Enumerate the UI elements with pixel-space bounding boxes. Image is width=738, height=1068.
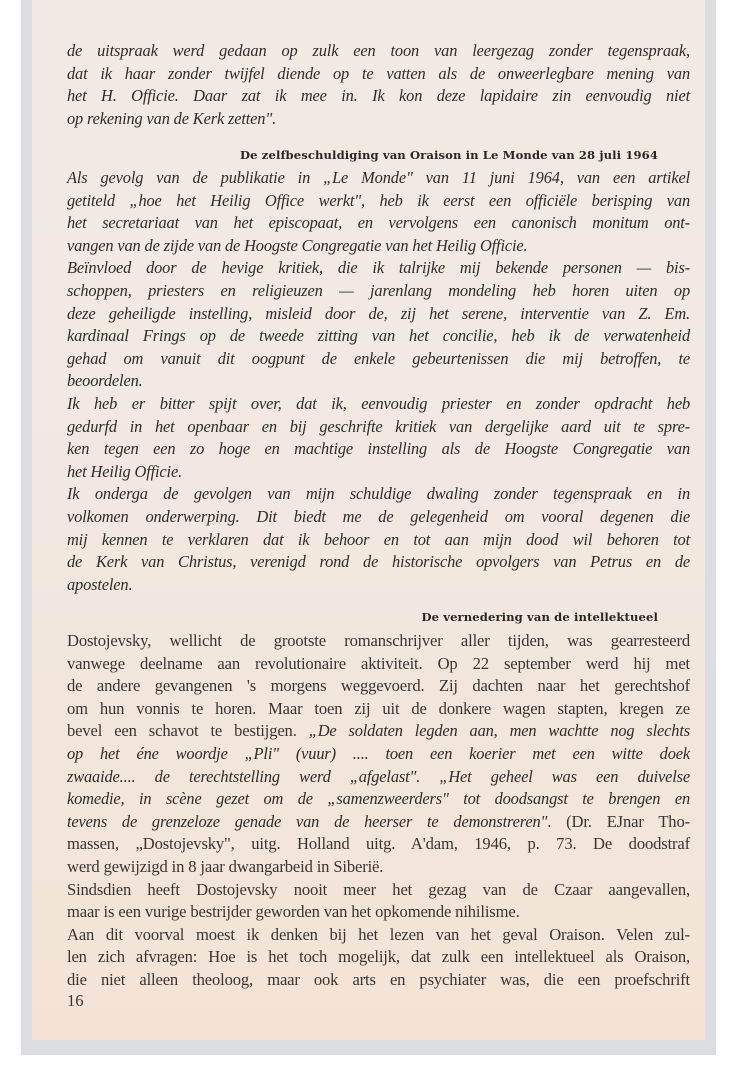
- quote-continuation: de uitspraak werd gedaan op zulk een too…: [67, 40, 690, 130]
- text-segment: die niet alleen theoloog, maar ook arts …: [67, 970, 690, 989]
- text-line: Ik heb er bitter spijt over, dat ik, een…: [67, 393, 690, 416]
- text-line: bevel een schavot te bestijgen. „De sold…: [67, 720, 690, 743]
- text-line: beoordelen.: [67, 370, 690, 393]
- text-line: de Kerk van Christus, verenigd rond de h…: [67, 551, 690, 574]
- text-line: massen, „Dostojevsky", uitg. Holland uit…: [67, 833, 690, 856]
- text-line: schoppen, priesters en religieuzen — jar…: [67, 280, 690, 303]
- text-segment: bevel een schavot te bestijgen.: [67, 721, 309, 740]
- text-segment: vanwege deelname aan revolutionaire akti…: [67, 654, 690, 673]
- oraison-statement: Als gevolg van de publikatie in „Le Mond…: [67, 167, 690, 596]
- book-page: de uitspraak werd gedaan op zulk een too…: [32, 0, 705, 1040]
- text-segment: om hun vonnis te horen. Maar toen zij ui…: [67, 699, 690, 718]
- text-segment: massen, „Dostojevsky", uitg. Holland uit…: [67, 834, 690, 853]
- italic-quote-segment: „De soldaten legden aan, men wachtte nog…: [309, 721, 690, 740]
- text-line: maar is een vurige bestrijder geworden v…: [67, 901, 690, 924]
- text-line: deze geheiligde instelling, misleid door…: [67, 303, 690, 326]
- text-segment: Aan dit voorval moest ik denken bij het …: [67, 925, 690, 944]
- text-line: werd gewijzigd in 8 jaar dwangarbeid in …: [67, 856, 690, 879]
- text-line: ken tegen een zo hoge en machtige instel…: [67, 438, 690, 461]
- text-line: Ik onderga de gevolgen van mijn schuldig…: [67, 483, 690, 506]
- text-line: getiteld „hoe het Heilig Office werkt", …: [67, 190, 690, 213]
- text-segment: . (Dr. EJnar Tho-: [547, 812, 690, 831]
- text-line: het Heilig Officie.: [67, 461, 690, 484]
- text-line: Beïnvloed door de hevige kritiek, die ik…: [67, 257, 690, 280]
- italic-quote-segment: tevens de grenzeloze genade van de heers…: [67, 812, 547, 831]
- text-line: kardinaal Frings op de tweede zitting va…: [67, 325, 690, 348]
- text-segment: len zich afvragen: Hoe is het toch mogel…: [67, 947, 690, 966]
- italic-quote-segment: op het éne woordje „Pli" (vuur) .... toe…: [67, 744, 690, 763]
- text-line: mij kennen te verklaren dat ik behoor en…: [67, 529, 690, 552]
- text-line: komedie, in scène gezet om de „samenzwee…: [67, 788, 690, 811]
- text-line: vanwege deelname aan revolutionaire akti…: [67, 653, 690, 676]
- text-line: Aan dit voorval moest ik denken bij het …: [67, 924, 690, 947]
- text-line: op het éne woordje „Pli" (vuur) .... toe…: [67, 743, 690, 766]
- text-line: apostelen.: [67, 574, 690, 597]
- text-segment: Dostojevsky, wellicht de grootste romans…: [67, 631, 690, 650]
- text-segment: Sindsdien heeft Dostojevsky nooit meer h…: [67, 880, 690, 899]
- section-heading-humiliation: De vernedering van de intellektueel: [421, 610, 658, 624]
- text-line: vangen van de zijde van de Hoogste Congr…: [67, 235, 690, 258]
- text-line: op rekening van de Kerk zetten".: [67, 108, 690, 131]
- text-line: de andere gevangenen 's morgens weggevoe…: [67, 675, 690, 698]
- text-segment: werd gewijzigd in 8 jaar dwangarbeid in …: [67, 857, 383, 876]
- text-line: gehad om vanuit dit oogpunt de enkele ge…: [67, 348, 690, 371]
- text-line: het H. Officie. Daar zat ik mee in. Ik k…: [67, 85, 690, 108]
- text-line: het secretariaat van het episcopaat, en …: [67, 212, 690, 235]
- text-segment: de andere gevangenen 's morgens weggevoe…: [67, 676, 690, 695]
- text-line: len zich afvragen: Hoe is het toch mogel…: [67, 946, 690, 969]
- text-line: dat ik haar zonder twijfel diende op te …: [67, 63, 690, 86]
- text-line: die niet alleen theoloog, maar ook arts …: [67, 969, 690, 992]
- text-segment: maar is een vurige bestrijder geworden v…: [67, 902, 520, 921]
- section-heading-self-accusation: De zelfbeschuldiging van Oraison in Le M…: [240, 148, 658, 162]
- text-line: Dostojevsky, wellicht de grootste romans…: [67, 630, 690, 653]
- text-line: tevens de grenzeloze genade van de heers…: [67, 811, 690, 834]
- italic-quote-segment: komedie, in scène gezet om de „samenzwee…: [67, 789, 690, 808]
- text-line: zwaaide.... de terechtstelling werd „afg…: [67, 766, 690, 789]
- text-line: om hun vonnis te horen. Maar toen zij ui…: [67, 698, 690, 721]
- text-line: gedurfd in het openbaar en bij geschrift…: [67, 416, 690, 439]
- italic-quote-segment: zwaaide.... de terechtstelling werd „afg…: [67, 767, 690, 786]
- page-number: 16: [67, 991, 84, 1011]
- text-line: Als gevolg van de publikatie in „Le Mond…: [67, 167, 690, 190]
- text-line: volkomen onderwerping. Dit biedt me de g…: [67, 506, 690, 529]
- text-line: Sindsdien heeft Dostojevsky nooit meer h…: [67, 879, 690, 902]
- text-line: de uitspraak werd gedaan op zulk een too…: [67, 40, 690, 63]
- dostojevsky-body: Dostojevsky, wellicht de grootste romans…: [67, 630, 690, 992]
